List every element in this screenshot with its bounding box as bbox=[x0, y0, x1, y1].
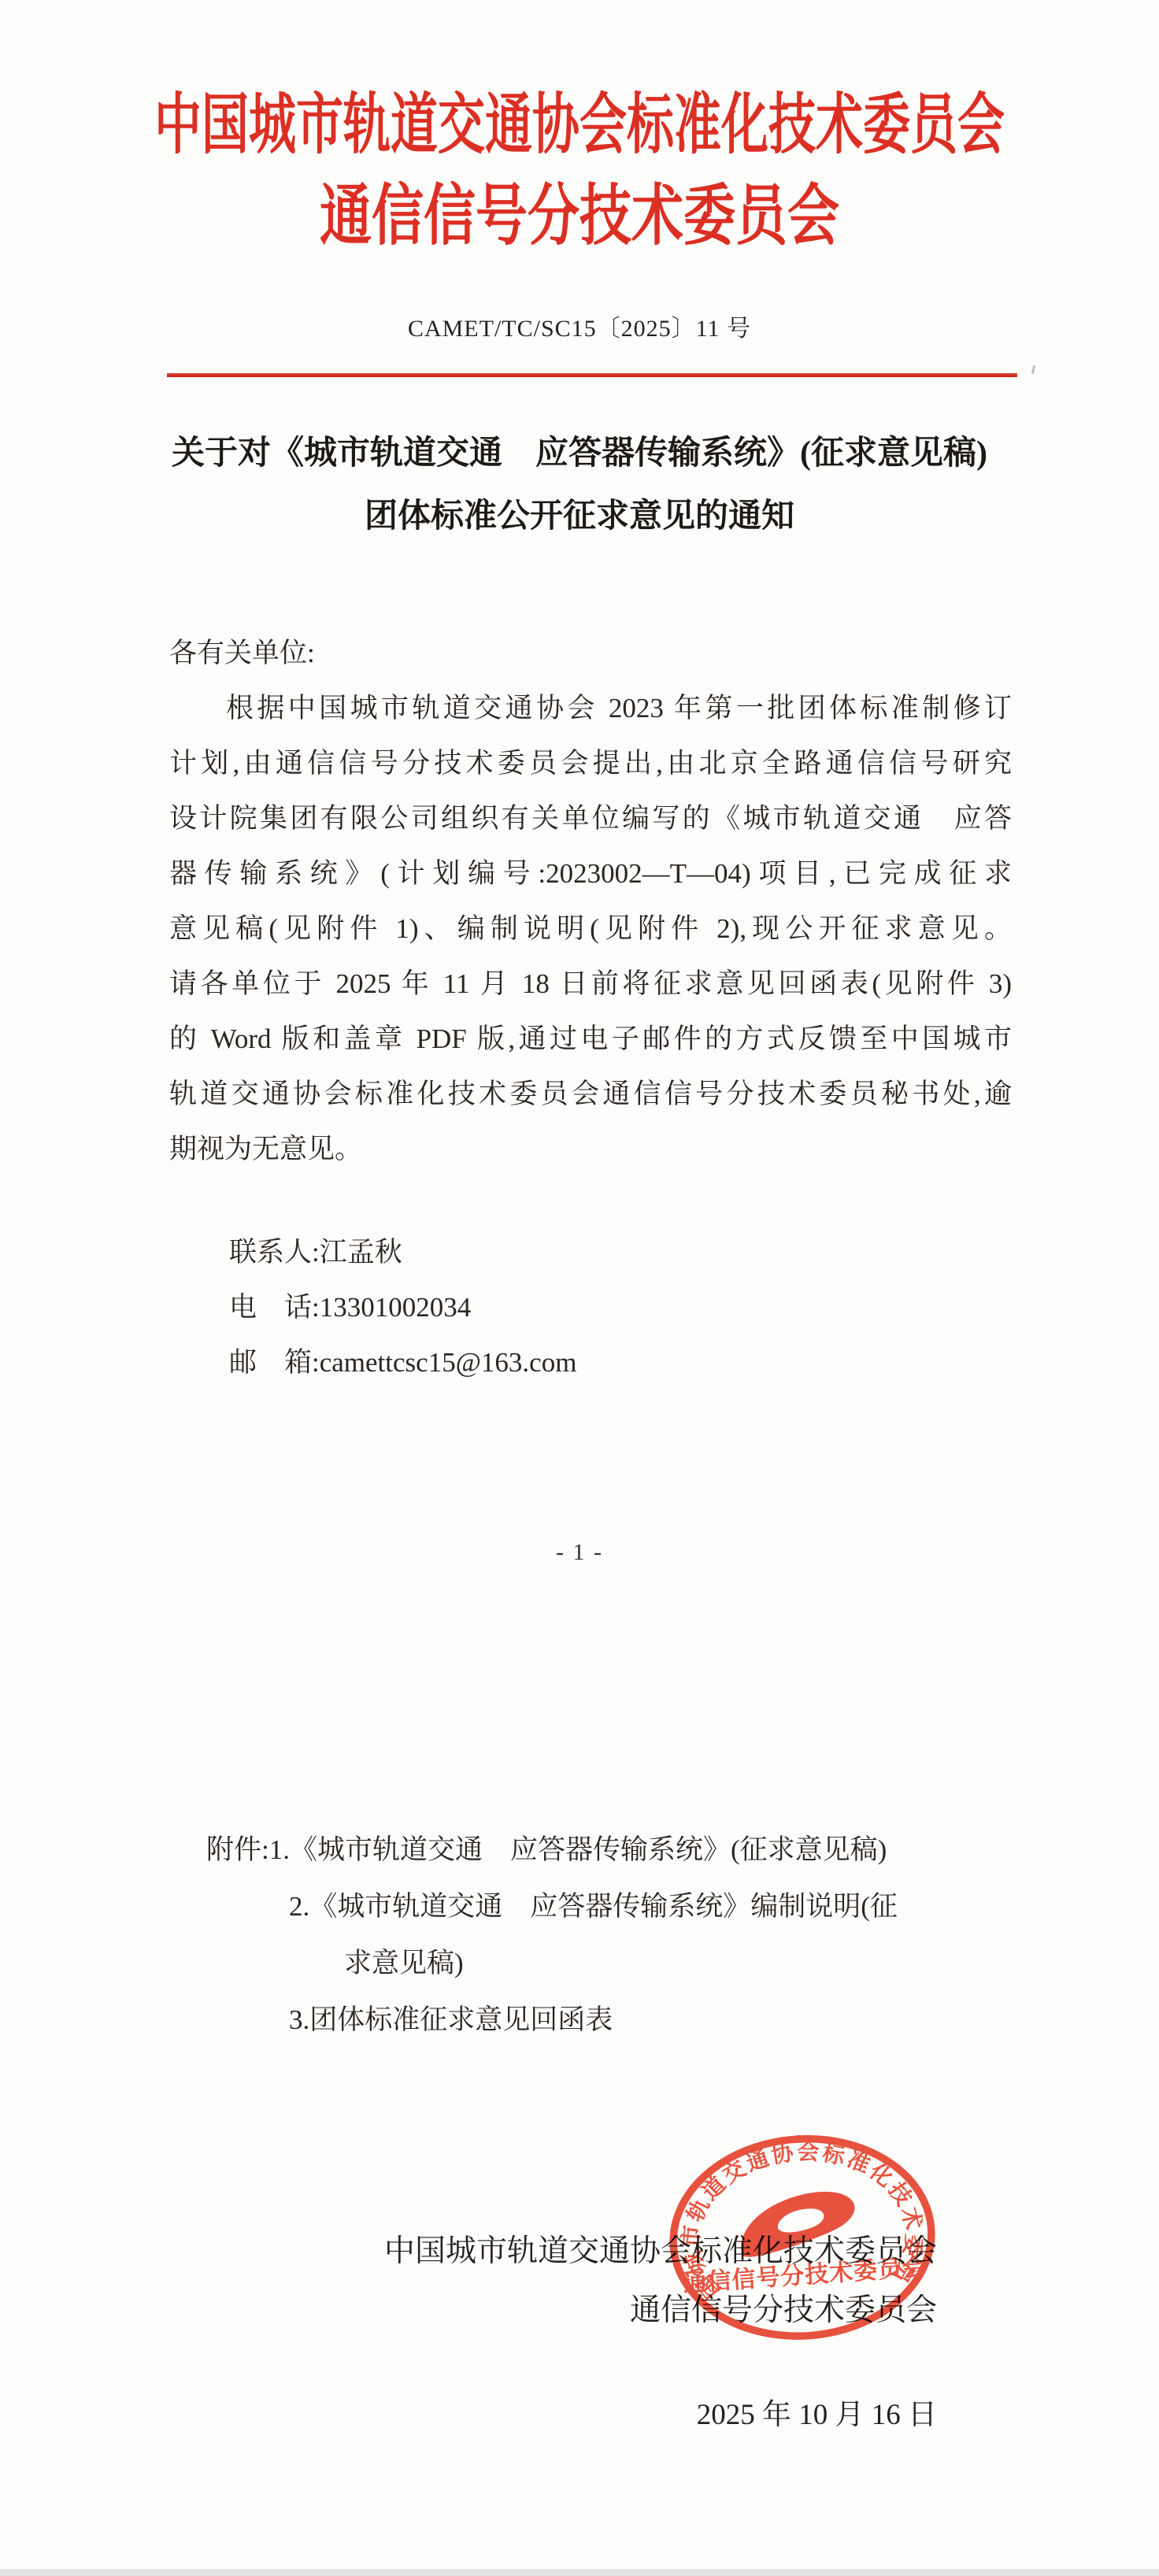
body-line: 根据中国城市轨道交通协会 2023 年第一批团体标准制修订 bbox=[169, 682, 1012, 735]
document-number: CAMET/TC/SC15〔2025〕11 号 bbox=[0, 315, 1159, 343]
scan-artifact-tick bbox=[1031, 365, 1036, 374]
attachment-item-1: 1.《城市轨道交通 应答器传输系统》(征求意见稿) bbox=[269, 1834, 887, 1865]
signoff-date: 2025 年 10 月 16 日 bbox=[697, 2396, 937, 2434]
contact-person: 联系人:江孟秋 bbox=[229, 1225, 402, 1280]
body-line: 请各单位于 2025 年 11 月 18 日前将征求意见回函表(见附件 3) bbox=[169, 957, 1012, 1011]
body-line: 设计院集团有限公司组织有关单位编写的《城市轨道交通 应答 bbox=[169, 792, 1012, 846]
scan-bottom-edge bbox=[0, 2569, 1159, 2576]
seal-center-text: 通信信号分技术委员会 bbox=[683, 2253, 928, 2297]
page-number: - 1 - bbox=[0, 1538, 1159, 1567]
contact-email: 邮 箱:camettcsc15@163.com bbox=[229, 1335, 576, 1390]
official-seal: 中国城市轨道交通协会标准化技术委员会 通信信号分技术委员会 bbox=[655, 2119, 950, 2356]
body-line: 的 Word 版和盖章 PDF 版,通过电子邮件的方式反馈至中国城市 bbox=[169, 1012, 1012, 1066]
body-line: 计划,由通信信号分技术委员会提出,由北京全路通信信号研究 bbox=[169, 737, 1012, 790]
attachment-item-2-line1: 2.《城市轨道交通 应答器传输系统》编制说明(征 bbox=[289, 1879, 898, 1934]
attachment-item-2-line2: 求意见稿) bbox=[344, 1936, 464, 1991]
document-title-line2: 团体标准公开征求意见的通知 bbox=[0, 497, 1159, 536]
document-page: 中国城市轨道交通协会标准化技术委员会 通信信号分技术委员会 CAMET/TC/S… bbox=[0, 0, 1159, 2576]
body-line: 轨道交通协会标准化技术委员会通信信号分技术委员秘书处,逾 bbox=[169, 1068, 1012, 1121]
body-line: 意见稿(见附件 1)、编制说明(见附件 2),现公开征求意见。 bbox=[169, 902, 1012, 956]
contact-phone: 电 话:13301002034 bbox=[229, 1280, 471, 1335]
red-divider-rule bbox=[167, 373, 1017, 377]
attachments-label: 附件: bbox=[206, 1834, 269, 1865]
letterhead-org-line2: 通信信号分技术委员会 bbox=[0, 174, 1159, 261]
salutation: 各有关单位: bbox=[169, 627, 642, 680]
letterhead-org-line1: 中国城市轨道交通协会标准化技术委员会 bbox=[0, 79, 1159, 172]
attachment-item-3: 3.团体标准征求意见回函表 bbox=[289, 1993, 613, 2048]
body-line: 期视为无意见。 bbox=[169, 1123, 1012, 1176]
seal-logo-icon bbox=[731, 2183, 861, 2260]
document-title-line1: 关于对《城市轨道交通 应答器传输系统》(征求意见稿) bbox=[0, 434, 1159, 473]
body-line: 器传输系统》(计划编号:2023002—T—04)项目,已完成征求 bbox=[169, 847, 1012, 901]
attachment-line-1: 附件:1.《城市轨道交通 应答器传输系统》(征求意见稿) bbox=[206, 1823, 887, 1878]
